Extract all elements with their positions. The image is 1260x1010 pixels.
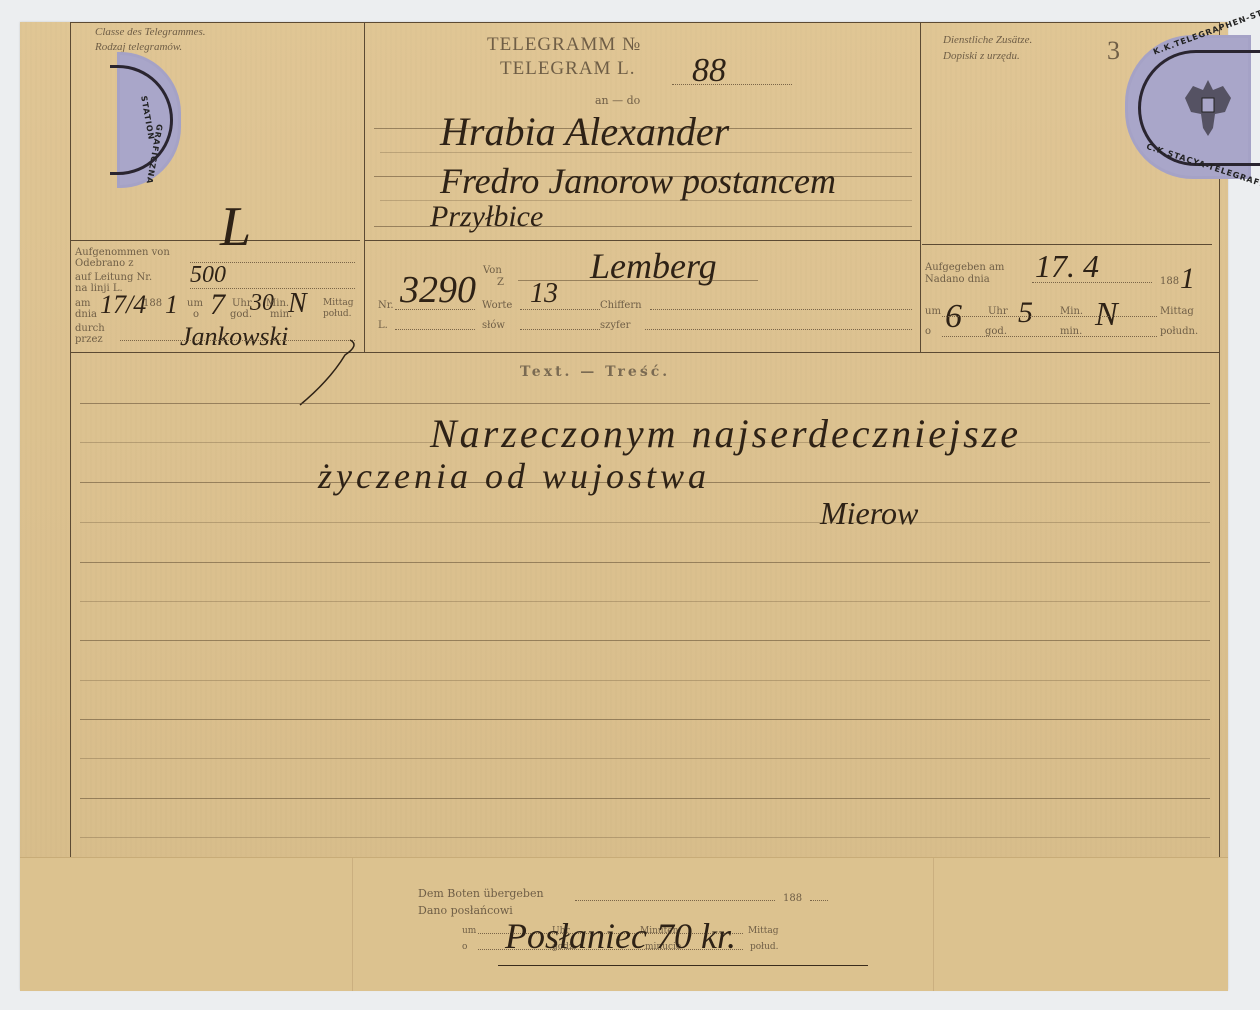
received-from-label-pl: Odebrano z (75, 258, 134, 269)
cipher-line (650, 309, 912, 310)
hour-value-right: 6 (945, 298, 962, 336)
mittag-label-de-right: Mittag (1160, 306, 1194, 317)
delivered-year-line (810, 900, 828, 901)
mittag-value-right: N (1095, 296, 1118, 334)
words-label-de: Worte (482, 300, 512, 311)
message-line-2: życzenia od wujostwa (318, 455, 710, 497)
nr-value: 3290 (400, 268, 476, 312)
telegram-title-pl: TELEGRAM L. (500, 58, 636, 80)
nr-label-de: Nr. (378, 300, 394, 311)
text-rule-11 (80, 798, 1210, 799)
flourish-stroke-icon (290, 335, 360, 410)
hour-label-pl-right: o (925, 326, 931, 337)
class-label-pl: Rodzaj telegramów. (95, 40, 182, 54)
time-line-right-pl (942, 336, 1157, 337)
text-rule-1 (80, 403, 1210, 404)
line-label-de: auf Leitung Nr. (75, 272, 152, 283)
delivered-date-line (575, 900, 775, 901)
hour-label-pl-left: o (193, 309, 199, 320)
submitted-value: 17. 4 (1035, 248, 1099, 285)
received-from-label-de: Aufgenommen von (75, 247, 170, 258)
words-value: 13 (530, 278, 558, 310)
official-value: 3 (1107, 36, 1120, 66)
footer-o: o (462, 942, 467, 953)
message-signature: Mierow (820, 495, 918, 532)
cipher-line-pl (645, 329, 912, 330)
by-value: Jankowski (180, 322, 288, 352)
text-rule-12 (80, 837, 1210, 838)
hour-label-de-left: um (187, 298, 203, 309)
min-value-right: 5 (1018, 296, 1033, 330)
divider-left-col (364, 22, 365, 352)
telegraph-seal-right: K.K.TELEGRAPHEN-STATION C.K.STACYA-TELEG… (1128, 38, 1248, 176)
frame-top (70, 22, 1220, 23)
cipher-label-de: Chiffern (600, 300, 642, 311)
text-rule-6 (80, 601, 1210, 602)
text-rule-7 (80, 640, 1210, 641)
official-label-pl: Dopiski z urzędu. (943, 49, 1020, 63)
message-line-1: Narzeczonym najserdeczniejsze (430, 410, 1021, 457)
telegram-number-line (672, 84, 792, 85)
mittag-label-pl-right: połudn. (1160, 326, 1198, 337)
nr-label-pl: L. (378, 320, 388, 331)
date-label-pl: dnia (75, 309, 97, 320)
submitted-line (1032, 282, 1152, 283)
mittag-value-left: N (288, 288, 307, 320)
min-label-de-left: Min. (266, 298, 289, 309)
text-rule-9 (80, 719, 1210, 720)
uhr-label-de-left: Uhr (232, 298, 252, 309)
from-label-pl: Z (497, 277, 504, 288)
words-line (520, 309, 600, 310)
words-label-pl: słów (482, 320, 505, 331)
address-line-1: Hrabia Alexander (440, 108, 729, 155)
delivery-underline (498, 965, 868, 966)
nr-line (395, 309, 475, 310)
text-rule-10 (80, 758, 1210, 759)
telegram-title-de: TELEGRAMM № (487, 34, 641, 56)
words-line-pl (520, 329, 600, 330)
header-bottom-rule (70, 352, 1220, 353)
hour-label-de-right: um (925, 306, 941, 317)
double-eagle-icon (1173, 72, 1243, 142)
frame-left (70, 22, 71, 858)
divider-right-col (920, 22, 921, 352)
from-label-de: Von (483, 265, 502, 276)
delivered-year-prefix: 188 (783, 893, 802, 904)
year-value-left: 1 (165, 290, 178, 320)
official-label-de: Dienstliche Zusätze. (943, 33, 1032, 47)
footer-um: um (462, 926, 476, 937)
text-rule-8 (80, 680, 1210, 681)
delivered-label-pl: Dano posłańcowi (418, 905, 513, 916)
year-prefix-left: 188 (143, 298, 162, 309)
date-value: 17/4 (100, 290, 146, 320)
left-box-rule (70, 240, 360, 241)
text-rule-5 (80, 562, 1210, 563)
text-section-label: Text. — Treść. (520, 367, 670, 378)
to-label: an — do (595, 95, 640, 106)
year-prefix-right: 188 (1160, 276, 1179, 287)
line-value: 500 (190, 262, 226, 289)
hour-value-left: 7 (210, 288, 225, 322)
class-value: L (220, 195, 251, 259)
by-label-pl: przez (75, 334, 103, 345)
submitted-label-pl: Nadano dnia (925, 274, 990, 285)
uhr-label-pl-left: god. (230, 309, 252, 320)
date-label-de: am (75, 298, 90, 309)
text-rule-4 (80, 522, 1210, 523)
address-line-2: Fredro Janorow postancem (440, 160, 836, 202)
cipher-label-pl: szyfer (600, 320, 630, 331)
footer-polud: połud. (750, 942, 779, 953)
by-label-de: durch (75, 323, 105, 334)
mittag-label-pl-left: połud. (323, 309, 352, 320)
mittag-label-de-left: Mittag (323, 298, 353, 309)
class-label-de: Classe des Telegrammes. (95, 25, 206, 39)
delivery-handwritten: Posłaniec 70 kr. (505, 915, 736, 957)
time-line-right (942, 316, 1157, 317)
telegram-number: 88 (692, 52, 726, 90)
footer-mittag: Mittag (748, 926, 778, 937)
delivered-label-de: Dem Boten übergeben (418, 888, 544, 899)
right-box-rule (922, 244, 1212, 245)
center-box-rule (365, 240, 920, 241)
address-line-3: Przyłbice (430, 200, 543, 234)
year-value-right: 1 (1180, 262, 1195, 296)
submitted-label-de: Aufgegeben am (925, 262, 1004, 273)
nr-line-pl (395, 329, 475, 330)
